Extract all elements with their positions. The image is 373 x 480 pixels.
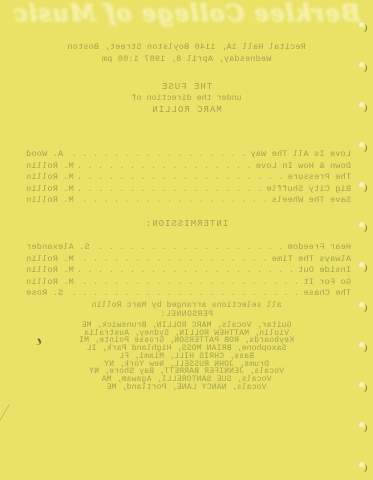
binding-hole: [359, 62, 366, 71]
binding-hole: [359, 102, 366, 111]
binding-hole: [359, 22, 366, 31]
program-song-row: Go For It . . . . . . . . . . . . . . . …: [26, 277, 351, 289]
dot-leader: . . . . . . . . . . . . . . . . . . . . …: [78, 195, 268, 207]
song-composer: M. Rollin: [26, 254, 74, 266]
song-title: Save The Wheels: [271, 195, 351, 207]
intermission-label: INTERMISSION:: [0, 219, 373, 229]
program-song-row: Save The Wheels . . . . . . . . . . . . …: [26, 195, 351, 207]
song-composer: A. Wood: [26, 149, 63, 161]
song-title: Inside Out: [298, 265, 351, 277]
song-title: Go For It: [303, 277, 351, 289]
song-composer: M. Rollin: [26, 161, 74, 173]
song-composer: M. Rollin: [26, 277, 74, 289]
binding-hole: [359, 262, 366, 271]
binding-hole: [359, 302, 366, 311]
scanned-program-page: Berklee College of Music Recital Hall 1A…: [0, 0, 373, 480]
venue-line: Recital Hall 1A, 1140 Boylston Street, B…: [0, 42, 373, 52]
dot-leader: . . . . . . . . . . . . . . . . . . . . …: [94, 242, 284, 254]
program-song-row: The Pressure . . . . . . . . . . . . . .…: [26, 172, 351, 184]
binding-hole: [359, 462, 366, 471]
second-set-list: Hear Freedom . . . . . . . . . . . . . .…: [26, 242, 351, 300]
arranger-note: all selections arranged by Marc Rollin: [0, 301, 373, 310]
personnel-heading: PERSONNEL:: [0, 310, 373, 319]
program-song-row: Love Is All The Way . . . . . . . . . . …: [26, 149, 351, 161]
dot-leader: . . . . . . . . . . . . . . . . . . . . …: [78, 184, 262, 196]
berklee-logo-text: Berklee College of Music: [0, 1, 373, 27]
song-composer: S. Rose: [26, 288, 63, 300]
dot-leader: . . . . . . . . . . . . . . . . . . . . …: [78, 265, 294, 277]
dot-leader: . . . . . . . . . . . . . . . . . . . . …: [67, 288, 299, 300]
song-title: Big City Shuffle: [266, 184, 351, 196]
song-composer: M. Rollin: [26, 184, 74, 196]
binding-hole: [359, 342, 366, 351]
binding-hole: [359, 422, 366, 431]
personnel-list: Guitar, Vocals, MARC ROLLIN, Brunswick, …: [0, 322, 373, 391]
direction-line: under the direction of: [0, 94, 373, 103]
program-song-row: Down & How In Love . . . . . . . . . . .…: [26, 161, 351, 173]
program-song-row: Hear Freedom . . . . . . . . . . . . . .…: [26, 242, 351, 254]
mirrored-bleedthrough-layer: Berklee College of Music Recital Hall 1A…: [0, 0, 373, 480]
binding-hole: [359, 222, 366, 231]
program-song-row: The Chase . . . . . . . . . . . . . . . …: [26, 288, 351, 300]
song-composer: S. Alexander: [26, 242, 90, 254]
binding-hole: [359, 142, 366, 151]
song-title: Hear Freedom: [287, 242, 351, 254]
ensemble-name: THE FUSE: [0, 82, 373, 92]
director-name: MARC ROLLIN: [0, 105, 373, 115]
song-title: Love Is All The Way: [250, 149, 351, 161]
personnel-line: Vocals, NANCY LANE, Portland, ME: [0, 384, 373, 392]
dot-leader: . . . . . . . . . . . . . . . . . . . . …: [78, 172, 284, 184]
song-composer: M. Rollin: [26, 265, 74, 277]
song-composer: M. Rollin: [26, 172, 74, 184]
program-song-row: Always The Time . . . . . . . . . . . . …: [26, 254, 351, 266]
song-title: The Chase: [303, 288, 351, 300]
dot-leader: . . . . . . . . . . . . . . . . . . . . …: [78, 254, 268, 266]
song-composer: M. Rollin: [26, 195, 74, 207]
dot-leader: . . . . . . . . . . . . . . . . . . . . …: [78, 161, 252, 173]
dot-leader: . . . . . . . . . . . . . . . . . . . . …: [78, 277, 300, 289]
song-title: Down & How In Love: [256, 161, 351, 173]
song-title: The Pressure: [287, 172, 351, 184]
binding-hole: [359, 382, 366, 391]
song-title: Always The Time: [271, 254, 351, 266]
dot-leader: . . . . . . . . . . . . . . . . . . . . …: [67, 149, 246, 161]
binding-hole: [359, 182, 366, 191]
first-set-list: Love Is All The Way . . . . . . . . . . …: [26, 149, 351, 207]
program-song-row: Inside Out . . . . . . . . . . . . . . .…: [26, 265, 351, 277]
program-song-row: Big City Shuffle . . . . . . . . . . . .…: [26, 184, 351, 196]
date-line: Wednesday, April 8, 1987 1:00 pm: [0, 54, 373, 64]
